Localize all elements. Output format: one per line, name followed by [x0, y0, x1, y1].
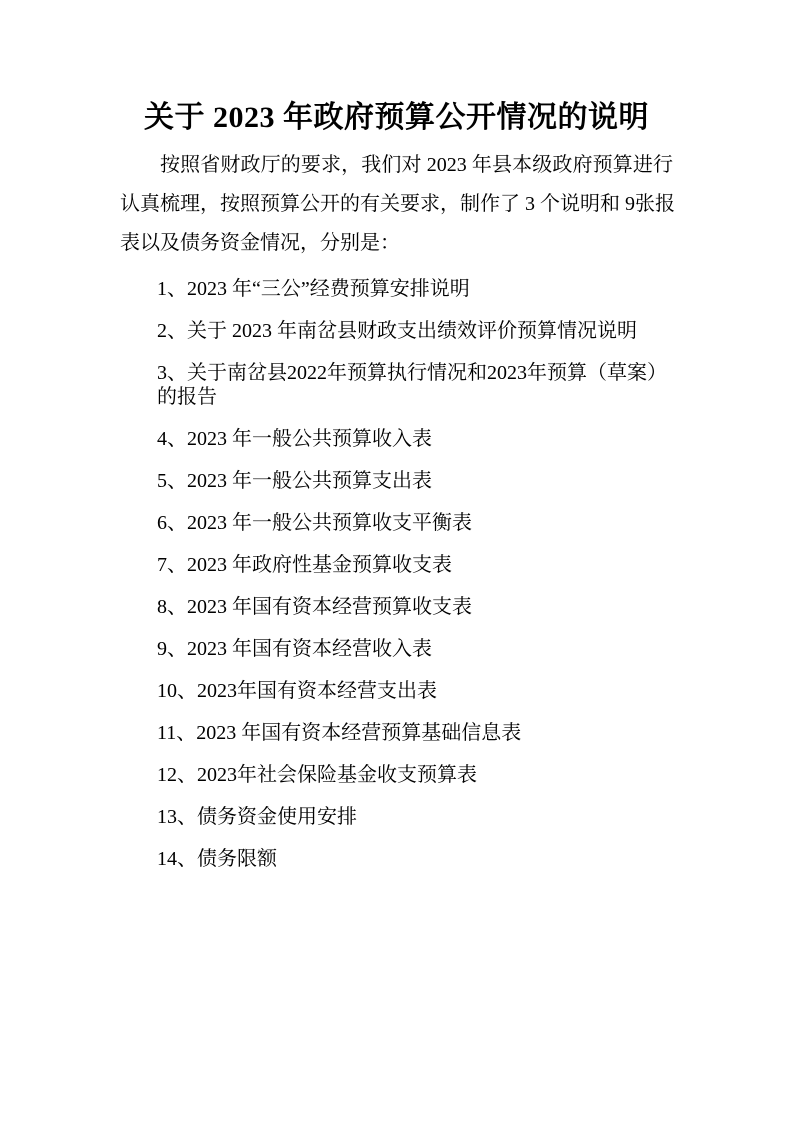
- intro-line: 按照省财政厅的要求，我们对 2023 年县本级政府预算进行: [120, 146, 673, 185]
- list-item-line: 的报告: [157, 385, 673, 409]
- list-item-line: 8、2023 年国有资本经营预算收支表: [157, 595, 673, 619]
- list-item-line: 14、债务限额: [157, 847, 673, 871]
- list-item: 5、2023 年一般公共预算支出表: [157, 469, 673, 493]
- list-item-line: 13、债务资金使用安排: [157, 805, 673, 829]
- intro-paragraph: 按照省财政厅的要求，我们对 2023 年县本级政府预算进行 认真梳理，按照预算公…: [120, 146, 673, 263]
- list-item-line: 4、2023 年一般公共预算收入表: [157, 427, 673, 451]
- item-list: 1、2023 年“三公”经费预算安排说明2、关于 2023 年南岔县财政支出绩效…: [120, 277, 673, 871]
- list-item-line: 11、2023 年国有资本经营预算基础信息表: [157, 721, 673, 745]
- list-item: 12、2023年社会保险基金收支预算表: [157, 763, 673, 787]
- list-item-line: 2、关于 2023 年南岔县财政支出绩效评价预算情况说明: [157, 319, 673, 343]
- list-item: 8、2023 年国有资本经营预算收支表: [157, 595, 673, 619]
- list-item: 1、2023 年“三公”经费预算安排说明: [157, 277, 673, 301]
- list-item: 9、2023 年国有资本经营收入表: [157, 637, 673, 661]
- list-item: 6、2023 年一般公共预算收支平衡表: [157, 511, 673, 535]
- list-item-line: 3、关于南岔县2022年预算执行情况和2023年预算（草案）: [157, 361, 673, 385]
- list-item-line: 1、2023 年“三公”经费预算安排说明: [157, 277, 673, 301]
- list-item: 10、2023年国有资本经营支出表: [157, 679, 673, 703]
- list-item-line: 5、2023 年一般公共预算支出表: [157, 469, 673, 493]
- document-title: 关于 2023 年政府预算公开情况的说明: [120, 96, 673, 140]
- list-item-line: 9、2023 年国有资本经营收入表: [157, 637, 673, 661]
- list-item-line: 12、2023年社会保险基金收支预算表: [157, 763, 673, 787]
- list-item: 3、关于南岔县2022年预算执行情况和2023年预算（草案）的报告: [157, 361, 673, 409]
- intro-line: 表以及债务资金情况，分别是：: [120, 224, 673, 263]
- list-item: 14、债务限额: [157, 847, 673, 871]
- list-item: 4、2023 年一般公共预算收入表: [157, 427, 673, 451]
- list-item: 13、债务资金使用安排: [157, 805, 673, 829]
- list-item: 7、2023 年政府性基金预算收支表: [157, 553, 673, 577]
- list-item: 2、关于 2023 年南岔县财政支出绩效评价预算情况说明: [157, 319, 673, 343]
- list-item-line: 7、2023 年政府性基金预算收支表: [157, 553, 673, 577]
- list-item: 11、2023 年国有资本经营预算基础信息表: [157, 721, 673, 745]
- list-item-line: 10、2023年国有资本经营支出表: [157, 679, 673, 703]
- intro-line: 认真梳理，按照预算公开的有关要求，制作了 3 个说明和 9张报: [120, 185, 673, 224]
- list-item-line: 6、2023 年一般公共预算收支平衡表: [157, 511, 673, 535]
- document-page: 关于 2023 年政府预算公开情况的说明 按照省财政厅的要求，我们对 2023 …: [0, 0, 793, 1122]
